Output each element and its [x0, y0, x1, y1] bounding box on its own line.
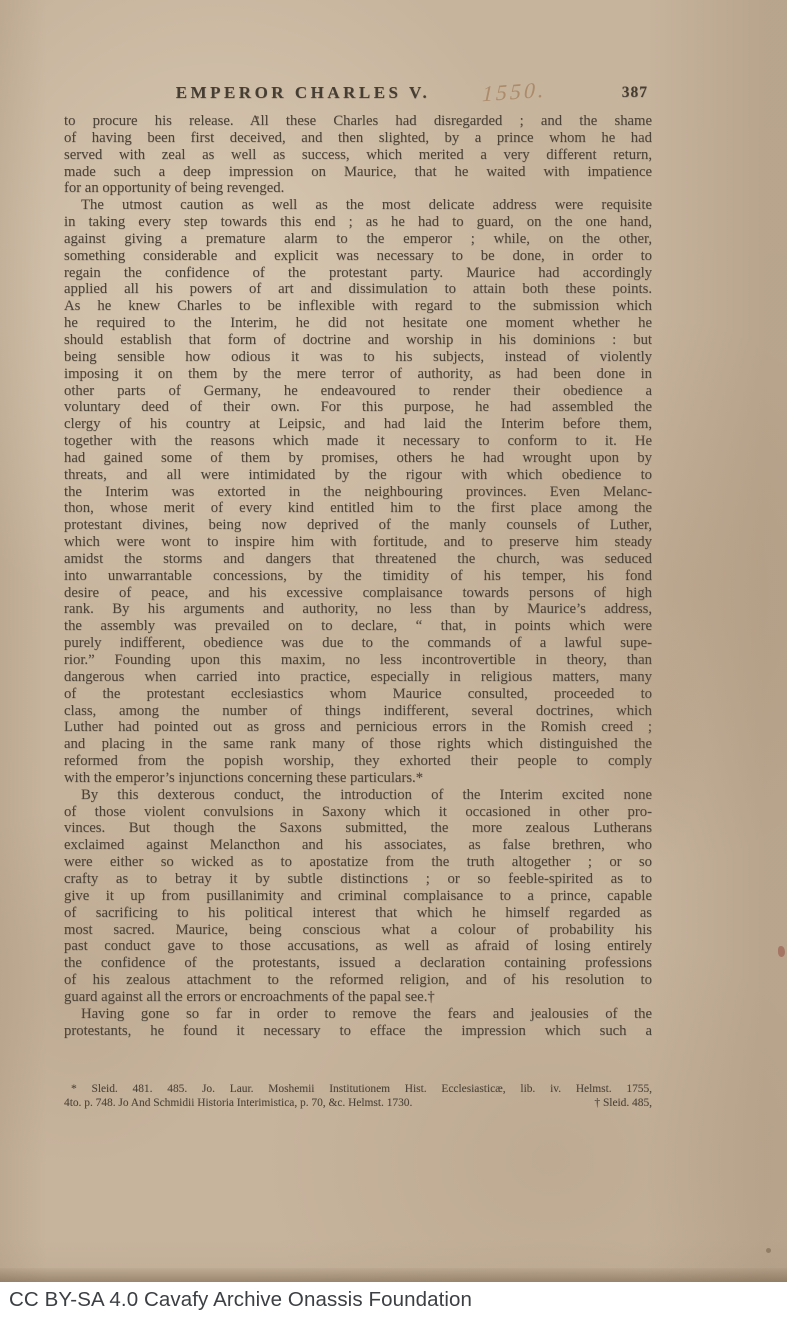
text-line: in taking every step towards this end ; … [64, 214, 652, 231]
text-line: Having gone so far in order to remove th… [64, 1006, 652, 1023]
text-line: the Interim was extorted in the neighbou… [64, 484, 652, 501]
text-line: dangerous when carried into practice, es… [64, 669, 652, 686]
text-line: protestant divines, being now deprived o… [64, 517, 652, 534]
text-line: clergy of his country at Leipsic, and ha… [64, 416, 652, 433]
text-line: against giving a premature alarm to the … [64, 231, 652, 248]
text-line: of those violent convulsions in Saxony w… [64, 804, 652, 821]
page-header: EMPEROR CHARLES V. 1550. 387 [64, 83, 652, 107]
text-line: desire of peace, and his excessive compl… [64, 585, 652, 602]
text-line: to procure his release. All these Charle… [64, 113, 652, 130]
text-line: with the emperor’s injunctions concernin… [64, 770, 652, 787]
paragraph: The utmost caution as well as the most d… [64, 197, 652, 787]
text-line: served with zeal as well as success, whi… [64, 147, 652, 164]
paper-speck [766, 1248, 771, 1253]
text-line: and placing in the same rank many of tho… [64, 736, 652, 753]
paragraph: By this dexterous conduct, the introduct… [64, 787, 652, 1006]
paper-speck [778, 946, 785, 957]
text-line: reformed from the popish worship, they e… [64, 753, 652, 770]
text-line: The utmost caution as well as the most d… [64, 197, 652, 214]
page-number: 387 [622, 84, 648, 102]
text-line: exclaimed against Melancthon and his ass… [64, 837, 652, 854]
text-line: rank. By his arguments and authority, no… [64, 601, 652, 618]
text-line: voluntary deed of their own. For this pu… [64, 399, 652, 416]
scanned-book-page: EMPEROR CHARLES V. 1550. 387 to procure … [0, 0, 787, 1317]
footnote-block: * Sleid. 481. 485. Jo. Laur. Moshemii In… [64, 1082, 652, 1110]
body-text: to procure his release. All these Charle… [64, 113, 652, 1039]
text-line: the confidence of the protestants, issue… [64, 955, 652, 972]
text-line: were either so wicked as to apostatize f… [64, 854, 652, 871]
text-line: threats, and all were intimidated by the… [64, 467, 652, 484]
text-line: the assembly was prevailed on to declare… [64, 618, 652, 635]
running-head-title: EMPEROR CHARLES V. [64, 83, 542, 103]
footnote-citation-left: 4to. p. 748. Jo And Schmidii Historia In… [64, 1096, 412, 1110]
text-line: protestants, he found it necessary to ef… [64, 1023, 652, 1040]
license-caption-bar: CC BY-SA 4.0 Cavafy Archive Onassis Foun… [0, 1282, 787, 1317]
text-line: which were wont to inspire him with fort… [64, 534, 652, 551]
text-line: rior.” Founding upon this maxim, no less… [64, 652, 652, 669]
text-line: regain the confidence of the protestant … [64, 265, 652, 282]
text-line: guard against all the errors or encroach… [64, 989, 652, 1006]
text-line: applied all his powers of art and dissim… [64, 281, 652, 298]
paper-speck [256, 116, 259, 119]
paper-stain [586, 610, 706, 870]
text-line: of his zealous attachment to the reforme… [64, 972, 652, 989]
text-line: should establish that form of doctrine a… [64, 332, 652, 349]
text-line: for an opportunity of being revenged. [64, 180, 652, 197]
text-line: vinces. But though the Saxons submitted,… [64, 820, 652, 837]
text-line: By this dexterous conduct, the introduct… [64, 787, 652, 804]
footnote-line: * Sleid. 481. 485. Jo. Laur. Moshemii In… [64, 1082, 652, 1096]
text-line: purely indifferent, obedience was due to… [64, 635, 652, 652]
paragraph: to procure his release. All these Charle… [64, 113, 652, 197]
paragraph: Having gone so far in order to remove th… [64, 1006, 652, 1040]
footnote-citation-right: † Sleid. 485, [594, 1096, 652, 1110]
license-caption-text: CC BY-SA 4.0 Cavafy Archive Onassis Foun… [9, 1288, 472, 1312]
text-line: imposing it on them by the mere terror o… [64, 366, 652, 383]
text-line: he required to the Interim, he did not h… [64, 315, 652, 332]
text-line: of having been first deceived, and then … [64, 130, 652, 147]
handwritten-year-annotation: 1550. [482, 77, 547, 108]
text-line: of sacrificing to his political interest… [64, 905, 652, 922]
text-line: together with the reasons which made it … [64, 433, 652, 450]
text-line: had gained some of them by promises, oth… [64, 450, 652, 467]
text-line: into unwarrantable concessions, by the t… [64, 568, 652, 585]
text-line: of the protestant ecclesiastics whom Mau… [64, 686, 652, 703]
text-line: most sacred. Maurice, being conscious wh… [64, 922, 652, 939]
text-line: give it up from pusillanimity and crimin… [64, 888, 652, 905]
text-line: past conduct gave to those accusations, … [64, 938, 652, 955]
text-line: amidst the storms and dangers that threa… [64, 551, 652, 568]
footnote-line: 4to. p. 748. Jo And Schmidii Historia In… [64, 1096, 652, 1110]
text-line: As he knew Charles to be inflexible with… [64, 298, 652, 315]
text-line: other parts of Germany, he endeavoured t… [64, 383, 652, 400]
page-edge-shadow [0, 1268, 787, 1282]
text-line: thon, whose merit of every kind entitled… [64, 500, 652, 517]
text-line: crafty as to betray it by subtle distinc… [64, 871, 652, 888]
text-line: being sensible how odious it was to his … [64, 349, 652, 366]
text-line: class, among the number of things indiff… [64, 703, 652, 720]
text-line: Luther had pointed out as gross and pern… [64, 719, 652, 736]
text-line: made such a deep impression on Maurice, … [64, 164, 652, 181]
text-line: something considerable and explicit was … [64, 248, 652, 265]
